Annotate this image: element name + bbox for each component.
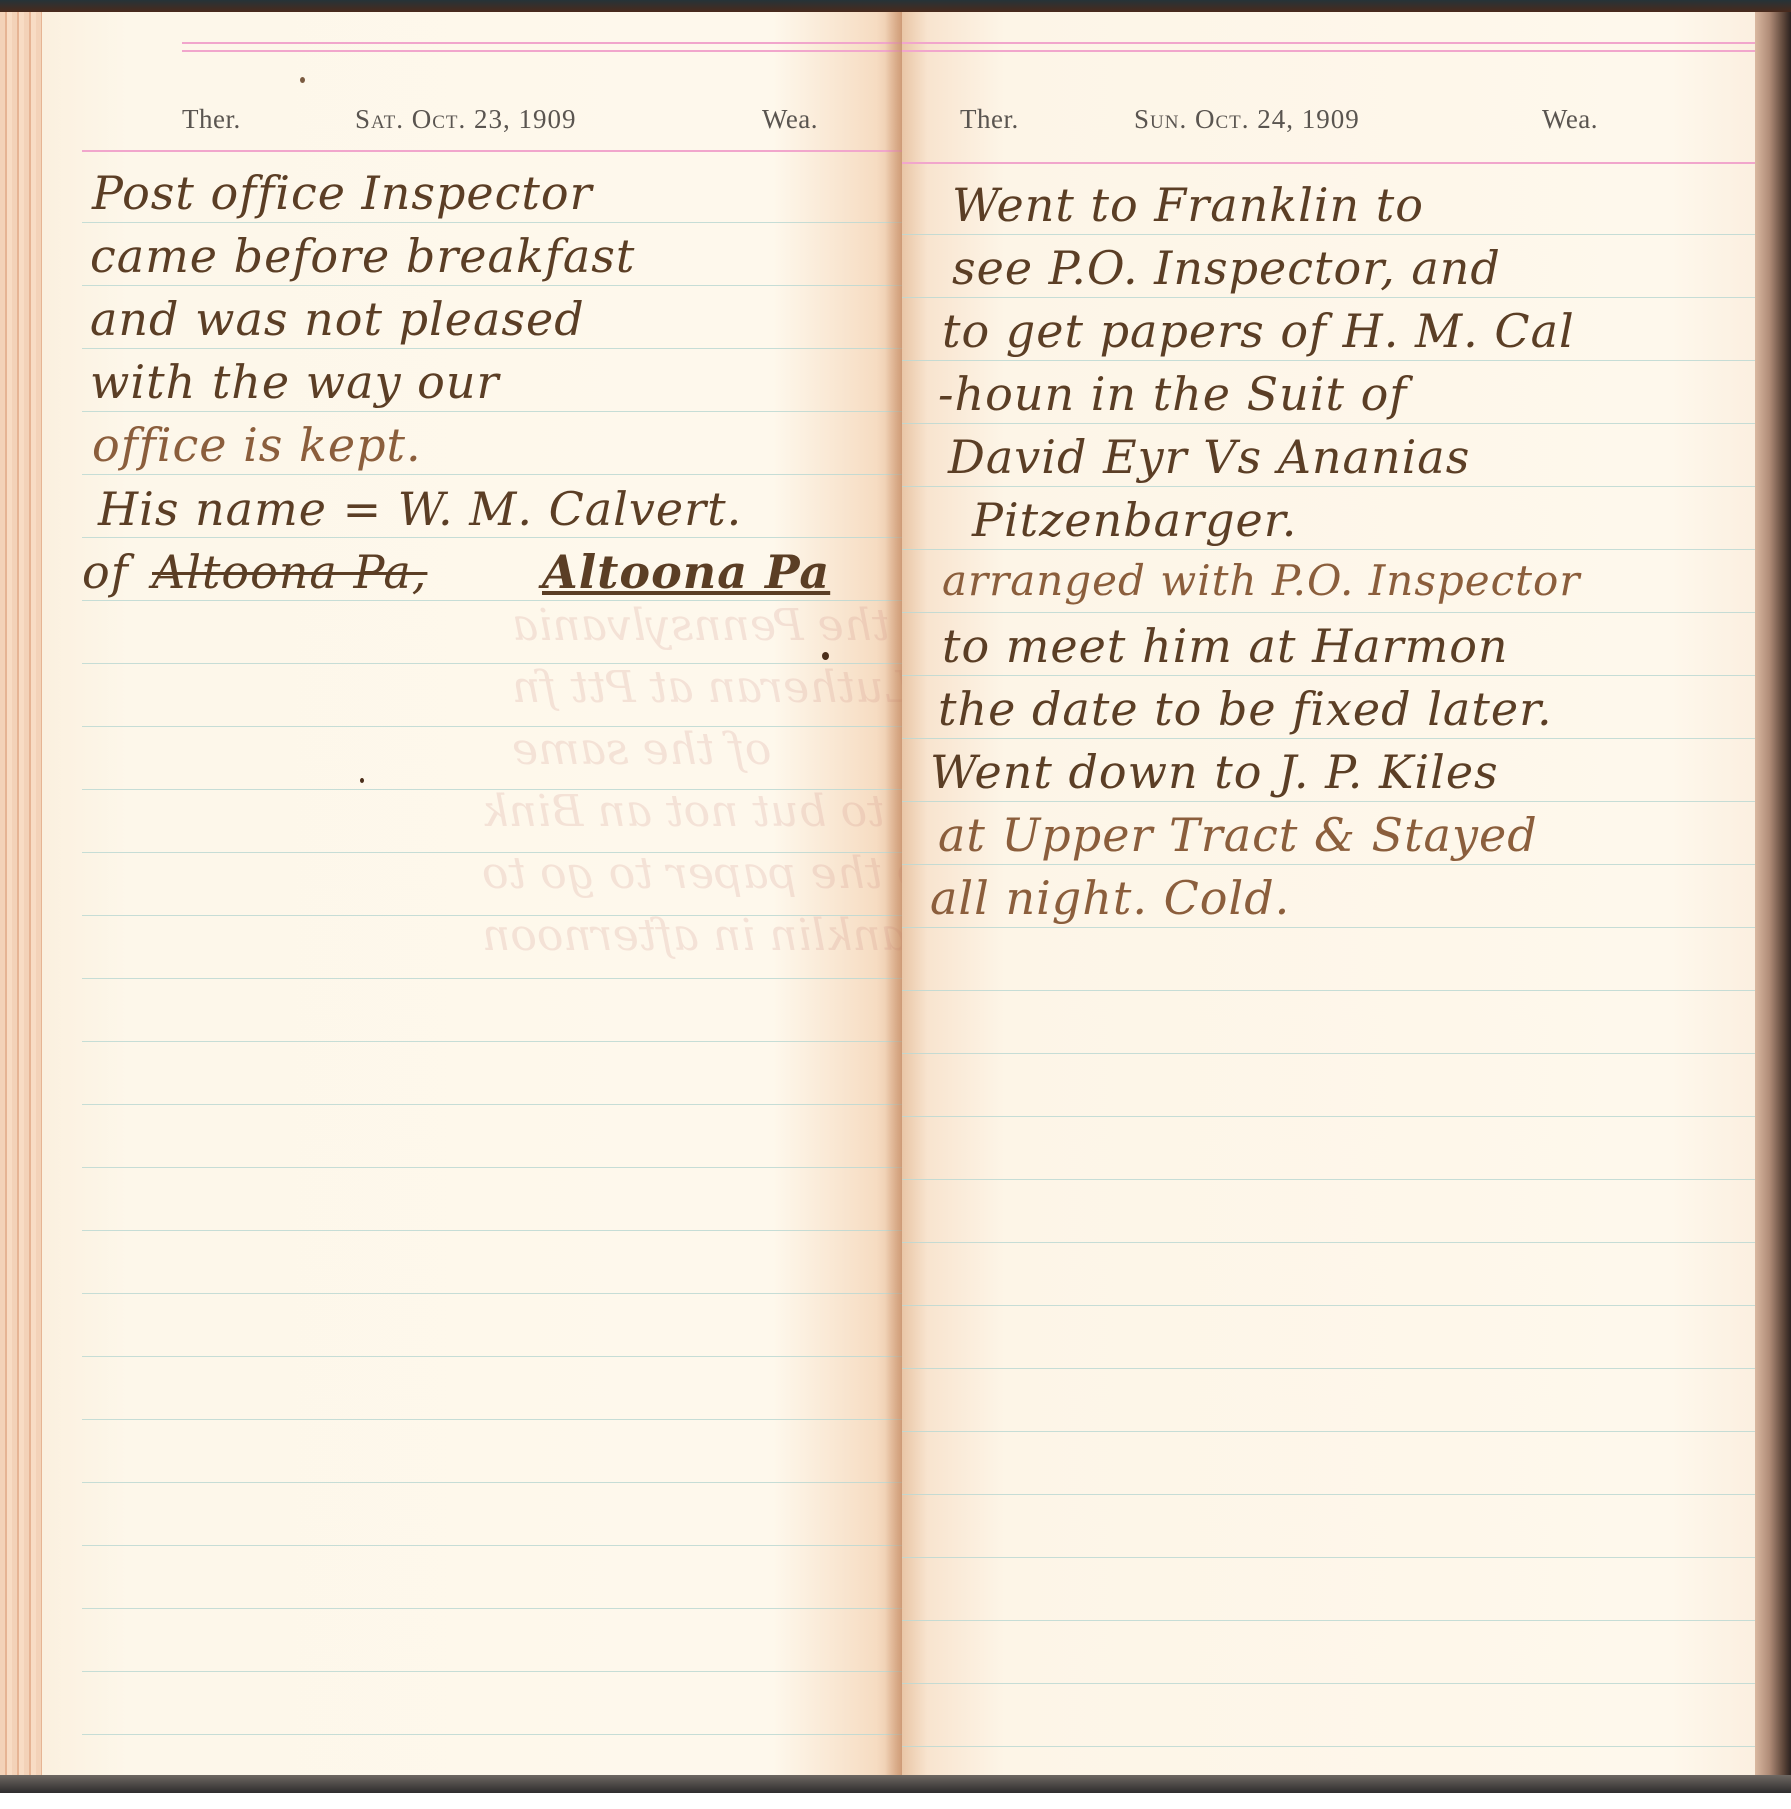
left-page: Ther. Sat. Oct. 23, 1909 Wea. the Pennsy… (42, 12, 902, 1776)
handwritten-line: came before breakfast (90, 229, 635, 283)
pink-top-rule (182, 42, 902, 44)
handwritten-line: to meet him at Harmon (942, 619, 1509, 673)
right-page: Ther. Sun. Oct. 24, 1909 Wea. Went to Fr… (902, 12, 1755, 1776)
ruled-line (902, 234, 1755, 235)
handwritten-line: at Upper Tract & Stayed (938, 808, 1538, 862)
handwritten-line: of (82, 545, 129, 599)
ruled-line (902, 1179, 1755, 1180)
pink-header-rule (902, 162, 1755, 164)
book-cover-top-edge (0, 0, 1791, 12)
ruled-line (902, 1746, 1755, 1747)
ruled-line (902, 990, 1755, 991)
ruled-line (902, 1494, 1755, 1495)
ruled-line (82, 1293, 902, 1294)
handwritten-line: the date to be fixed later. (938, 682, 1553, 736)
ruled-line (82, 1356, 902, 1357)
ruled-line (82, 1167, 902, 1168)
handwritten-line: David Eyr Vs Ananias (948, 430, 1470, 484)
ruled-line (82, 1230, 902, 1231)
ruled-line (82, 1545, 902, 1546)
handwritten-line: His name = W. M. Calvert. (98, 482, 742, 536)
page-date: Sat. Oct. 23, 1909 (355, 104, 577, 135)
handwritten-line: Went to Franklin to (952, 178, 1424, 232)
ruled-line (902, 423, 1755, 424)
ruled-line (902, 486, 1755, 487)
handwritten-line: all night. Cold. (930, 871, 1290, 925)
ruled-line (82, 726, 902, 727)
ruled-line (902, 738, 1755, 739)
pink-top-rule (902, 42, 1755, 44)
ruled-line (902, 1683, 1755, 1684)
ruled-line (902, 297, 1755, 298)
handwritten-line: arranged with P.O. Inspector (942, 556, 1580, 605)
handwritten-line: -houn in the Suit of (938, 367, 1407, 421)
ther-label: Ther. (182, 104, 241, 135)
handwritten-line: to get papers of H. M. Cal (942, 304, 1575, 358)
ruled-line (902, 927, 1755, 928)
pink-top-rule (902, 50, 1755, 52)
wea-label: Wea. (1542, 104, 1598, 135)
ruled-line (82, 285, 902, 286)
ruled-line (82, 978, 902, 979)
ruled-line (82, 222, 902, 223)
ruled-line (82, 1671, 902, 1672)
bleed-through-text: the Pennsylvania (512, 600, 890, 651)
ruled-line (902, 612, 1755, 613)
diary-spread: Ther. Sat. Oct. 23, 1909 Wea. the Pennsy… (0, 0, 1791, 1793)
corrected-place-name: Altoona Pa (542, 545, 830, 599)
ruled-line (902, 1620, 1755, 1621)
ruled-line (902, 675, 1755, 676)
ruled-line (82, 474, 902, 475)
ruled-line (82, 1482, 902, 1483)
ink-spot (300, 77, 305, 83)
bleed-through-text: to the paper to go to (482, 848, 941, 899)
struck-out-text: Altoona Pa, (152, 545, 427, 599)
right-page-stack (1755, 12, 1791, 1776)
ruled-line (902, 1431, 1755, 1432)
ruled-line (902, 1053, 1755, 1054)
pink-top-rule (182, 50, 902, 52)
handwritten-line: Went down to J. P. Kiles (930, 745, 1499, 799)
ruled-line (82, 1041, 902, 1042)
bleed-through-text: Lutheran at Ptt fn (512, 662, 913, 713)
ruled-line (902, 360, 1755, 361)
ruled-line (902, 1305, 1755, 1306)
ruled-line (902, 549, 1755, 550)
ruled-line (902, 1368, 1755, 1369)
bleed-through-text: to but not an Bink (482, 786, 885, 837)
ruled-line (82, 348, 902, 349)
ruled-line (902, 1557, 1755, 1558)
handwritten-line: Pitzenbarger. (972, 493, 1297, 547)
ruled-line (82, 1608, 902, 1609)
pink-header-rule (82, 150, 902, 152)
ruled-line (902, 801, 1755, 802)
handwritten-line: and was not pleased (90, 292, 585, 346)
handwritten-line: office is kept. (92, 418, 422, 472)
wea-label: Wea. (762, 104, 818, 135)
ruled-line (82, 537, 902, 538)
ink-spot (360, 778, 364, 783)
handwritten-line: see P.O. Inspector, and (952, 241, 1501, 295)
bleed-through-text: of the same (512, 724, 771, 775)
ruled-line (902, 1242, 1755, 1243)
handwritten-line: Post office Inspector (92, 166, 593, 220)
ink-spot (822, 652, 829, 660)
ruled-line (902, 1116, 1755, 1117)
ruled-line (82, 1104, 902, 1105)
book-cover-bottom-edge (0, 1775, 1791, 1793)
ther-label: Ther. (960, 104, 1019, 135)
ruled-line (82, 1734, 902, 1735)
ruled-line (82, 1419, 902, 1420)
ruled-line (902, 864, 1755, 865)
handwritten-line: with the way our (90, 355, 500, 409)
page-date: Sun. Oct. 24, 1909 (1134, 104, 1360, 135)
ruled-line (82, 411, 902, 412)
left-page-stack (0, 12, 42, 1776)
